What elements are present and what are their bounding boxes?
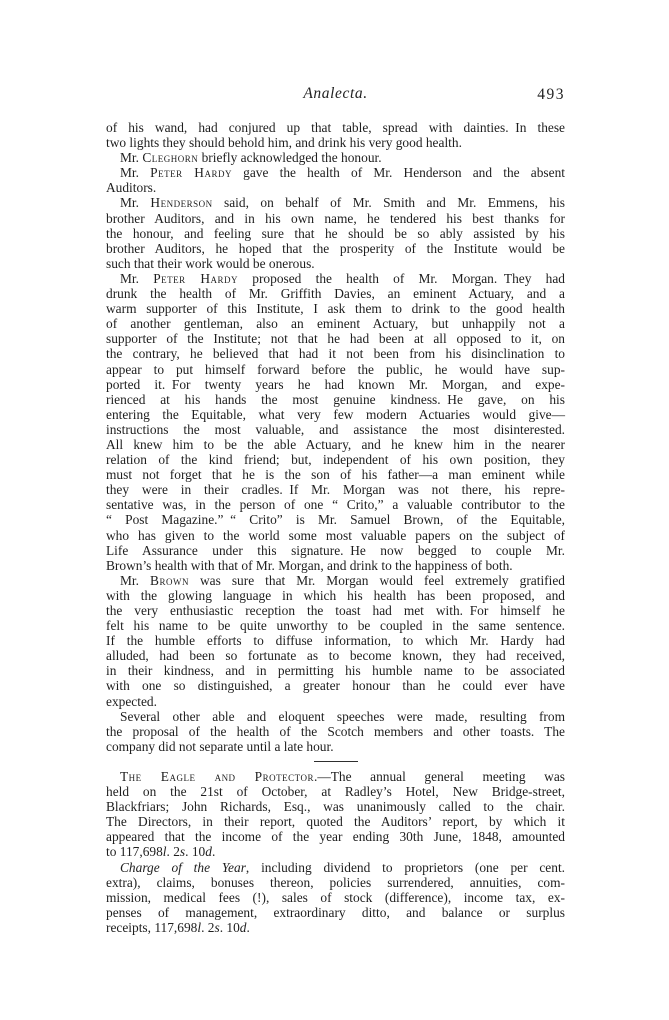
text-line: with the glowing language in which his h… [106, 588, 565, 603]
text-line: Mr. Cleghorn briefly acknowledged the ho… [106, 150, 565, 165]
text-line: instructions the most valuable, and assi… [106, 422, 565, 437]
text-line: penses of management, extraordinary ditt… [106, 905, 565, 920]
text-line: expected. [106, 694, 565, 709]
italic-text: l [197, 920, 201, 935]
italic-text: d [240, 920, 247, 935]
italic-text: l [163, 844, 167, 859]
text-line: mission, medical fees (!), sales of stoc… [106, 890, 565, 905]
small-caps-name: Brown [150, 573, 189, 588]
text-line: Mr. Peter Hardy gave the health of Mr. H… [106, 165, 565, 180]
text-line: the contrary, he believed that had it no… [106, 346, 565, 361]
text-line: rienced at his hands the most genuine ki… [106, 392, 565, 407]
small-caps-name: Peter Hardy [150, 165, 232, 180]
small-caps-name: The Eagle and Protector [120, 769, 314, 784]
text-line: must not forget that he is the son of hi… [106, 467, 565, 482]
text-line: entering the Equitable, what very few mo… [106, 407, 565, 422]
text-line: Mr. Peter Hardy proposed the health of M… [106, 271, 565, 286]
text-line: company did not separate until a late ho… [106, 739, 565, 754]
text-line: If the humble efforts to diffuse informa… [106, 633, 565, 648]
text-line: the honour, and feeling sure that he sho… [106, 226, 565, 241]
text-line: Brown’s health with that of Mr. Morgan, … [106, 558, 565, 573]
text-line: Life Assurance under this signature. He … [106, 543, 565, 558]
text-line: All knew him to be the able Actuary, and… [106, 437, 565, 452]
text-line: held on the 21st of October, at Radley’s… [106, 784, 565, 799]
italic-text: s [214, 920, 219, 935]
text-line: Several other able and eloquent speeches… [106, 709, 565, 724]
small-caps-name: Cleghorn [142, 150, 198, 165]
paragraph: of his wand, had conjured up that table,… [106, 120, 565, 150]
text-line: supporter of the Institute; not that he … [106, 331, 565, 346]
section-divider [314, 761, 358, 762]
text-line: felt his name to be quite unworthy to be… [106, 618, 565, 633]
paragraph: Charge of the Year, including dividend t… [106, 860, 565, 935]
text-line: in their kindness, and in permitting his… [106, 663, 565, 678]
text-line: Blackfriars; John Richards, Esq., was un… [106, 799, 565, 814]
text-line: brother Auditors, and in his own name, h… [106, 211, 565, 226]
running-title: Analecta. [106, 85, 565, 103]
text-line: the very enthusiastic reception the toas… [106, 603, 565, 618]
text-line: Mr. Henderson said, on behalf of Mr. Smi… [106, 195, 565, 210]
page-header: Analecta. 493 [106, 85, 565, 105]
page-body: of his wand, had conjured up that table,… [106, 120, 565, 935]
text-line: extra), claims, bonuses thereon, policie… [106, 875, 565, 890]
text-line: with one so distinguished, a greater hon… [106, 678, 565, 693]
text-line: of another gentleman, also an eminent Ac… [106, 316, 565, 331]
text-line: ported it. For twenty years he had known… [106, 377, 565, 392]
paragraph: Mr. Henderson said, on behalf of Mr. Smi… [106, 195, 565, 270]
paragraph: Several other able and eloquent speeches… [106, 709, 565, 754]
text-line: two lights they should behold him, and d… [106, 135, 565, 150]
paragraph: Mr. Peter Hardy gave the health of Mr. H… [106, 165, 565, 195]
paragraph: Mr. Peter Hardy proposed the health of M… [106, 271, 565, 573]
text-line: appeared that the income of the year end… [106, 829, 565, 844]
text-line: warm supporter of this Institute, I ask … [106, 301, 565, 316]
text-line: The Directors, in their report, quoted t… [106, 814, 565, 829]
text-line: they were in their cradles. If Mr. Morga… [106, 482, 565, 497]
small-caps-name: Henderson [150, 195, 212, 210]
text-line: receipts, 117,698l. 2s. 10d. [106, 920, 565, 935]
paragraph: The Eagle and Protector.—The annual gene… [106, 769, 565, 860]
italic-text: s [180, 844, 185, 859]
text-line: brother Auditors, he hoped that the pros… [106, 241, 565, 256]
text-line: to 117,698l. 2s. 10d. [106, 844, 565, 859]
text-line: “ Post Magazine.” “ Crito” is Mr. Samuel… [106, 512, 565, 527]
text-line: of his wand, had conjured up that table,… [106, 120, 565, 135]
text-line: The Eagle and Protector.—The annual gene… [106, 769, 565, 784]
text-line: such that their work would be onerous. [106, 256, 565, 271]
text-line: sentative was, in the person of one “ Cr… [106, 497, 565, 512]
text-line: drunk the health of Mr. Griffith Davies,… [106, 286, 565, 301]
page-number: 493 [537, 86, 565, 104]
text-line: Charge of the Year, including dividend t… [106, 860, 565, 875]
text-line: the proposal of the health of the Scotch… [106, 724, 565, 739]
text-line: relation of the kind friend; but, indepe… [106, 452, 565, 467]
text-line: Mr. Brown was sure that Mr. Morgan would… [106, 573, 565, 588]
text-line: appear to put himself forward before the… [106, 362, 565, 377]
italic-text: Charge of the Year [120, 860, 246, 875]
text-line: Auditors. [106, 180, 565, 195]
text-line: who has given to the world some most val… [106, 528, 565, 543]
document-page: Analecta. 493 of his wand, had conjured … [0, 0, 669, 1020]
paragraph: Mr. Cleghorn briefly acknowledged the ho… [106, 150, 565, 165]
small-caps-name: Peter Hardy [153, 271, 238, 286]
paragraph: Mr. Brown was sure that Mr. Morgan would… [106, 573, 565, 709]
italic-text: d [205, 844, 212, 859]
text-line: alluded, had been so fortunate as to bec… [106, 648, 565, 663]
